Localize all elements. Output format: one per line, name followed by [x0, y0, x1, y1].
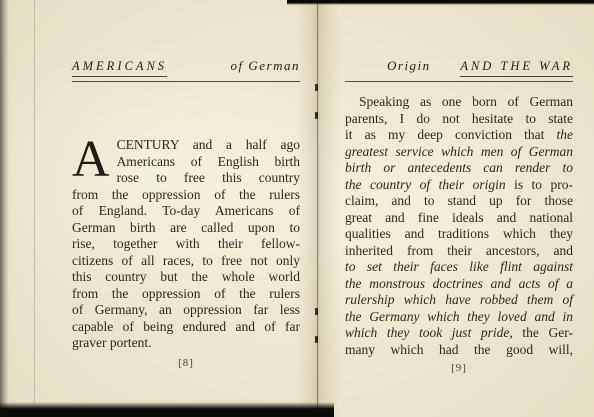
- header-title-italic: Origin: [387, 58, 431, 74]
- text-line: many which had the good will,: [345, 342, 573, 359]
- header-title-caps: AND THE WAR: [460, 58, 573, 77]
- text-line: claim, and to stand up for those: [345, 193, 573, 210]
- text-line: the country of their origin is to pro-: [345, 177, 573, 194]
- scan-edge-left: [0, 0, 9, 417]
- text-line: to set their faces like flint against: [345, 259, 573, 276]
- drop-cap: A: [72, 137, 117, 185]
- text-line: of Germany, an oppression far less: [72, 302, 300, 319]
- text-line: of England. To-day Americans of: [72, 203, 300, 220]
- text-block: Speaking as one born of Germanparents, I…: [345, 94, 573, 358]
- text-line: from the oppression of the rulers: [72, 286, 300, 303]
- text-line: citizens of all races, to free not only: [72, 253, 300, 270]
- page-gutter: [296, 0, 340, 417]
- header-rule: [345, 81, 573, 82]
- text-line: parents, I do not hesitate to state: [345, 111, 573, 128]
- text-line: which they took just pride, the Ger-: [345, 325, 573, 342]
- text-line: the Germany which they loved and in: [345, 309, 573, 326]
- text-line: German birth are called upon to: [72, 220, 300, 237]
- right-page: Origin AND THE WAR Speaking as one born …: [345, 58, 573, 374]
- text-line: rise, together with their fellow-: [72, 236, 300, 253]
- text-line: greatest service which men of German: [345, 144, 573, 161]
- text-line: graver portent.: [72, 335, 300, 352]
- stitch-mark: [315, 308, 318, 315]
- page-body-left: A CENTURY and a half agoAmericans of Eng…: [72, 137, 300, 369]
- text-line: inherited from their ancestors, and: [345, 243, 573, 260]
- text-line: capable of being endured and of far: [72, 319, 300, 336]
- running-header-right: Origin AND THE WAR: [345, 58, 573, 77]
- text-line: it as my deep conviction that the: [345, 127, 573, 144]
- text-line: rulership which have robbed them of: [345, 292, 573, 309]
- text-line: great and fine ideals and national: [345, 210, 573, 227]
- text-line: the monstrous doctrines and acts of a: [345, 276, 573, 293]
- header-title-caps: AMERICANS: [72, 58, 167, 77]
- header-rule: [72, 81, 300, 82]
- stitch-mark: [315, 336, 318, 343]
- left-page: AMERICANS of German A CENTURY and a half…: [72, 58, 300, 369]
- scan-edge-top: [287, 0, 594, 5]
- scan-edge-bottom: [0, 402, 334, 417]
- running-header-left: AMERICANS of German: [72, 58, 300, 77]
- book-scan: AMERICANS of German A CENTURY and a half…: [0, 0, 594, 417]
- page-number-left: [8]: [72, 357, 300, 369]
- text-line: from the oppression of the rulers: [72, 187, 300, 204]
- text-line: birth or antecedents can render to: [345, 160, 573, 177]
- text-line: this country but the whole world: [72, 269, 300, 286]
- gutter-fold-line: [317, 4, 318, 417]
- header-title-italic: of German: [231, 58, 300, 74]
- text-line: qualities and traditions which they: [345, 226, 573, 243]
- stitch-mark: [315, 112, 318, 119]
- text-line: Speaking as one born of German: [345, 94, 573, 111]
- page-number-right: [9]: [345, 362, 573, 374]
- page-body-right: Speaking as one born of Germanparents, I…: [345, 94, 573, 374]
- page-edge-line: [34, 0, 35, 403]
- stitch-mark: [315, 84, 318, 91]
